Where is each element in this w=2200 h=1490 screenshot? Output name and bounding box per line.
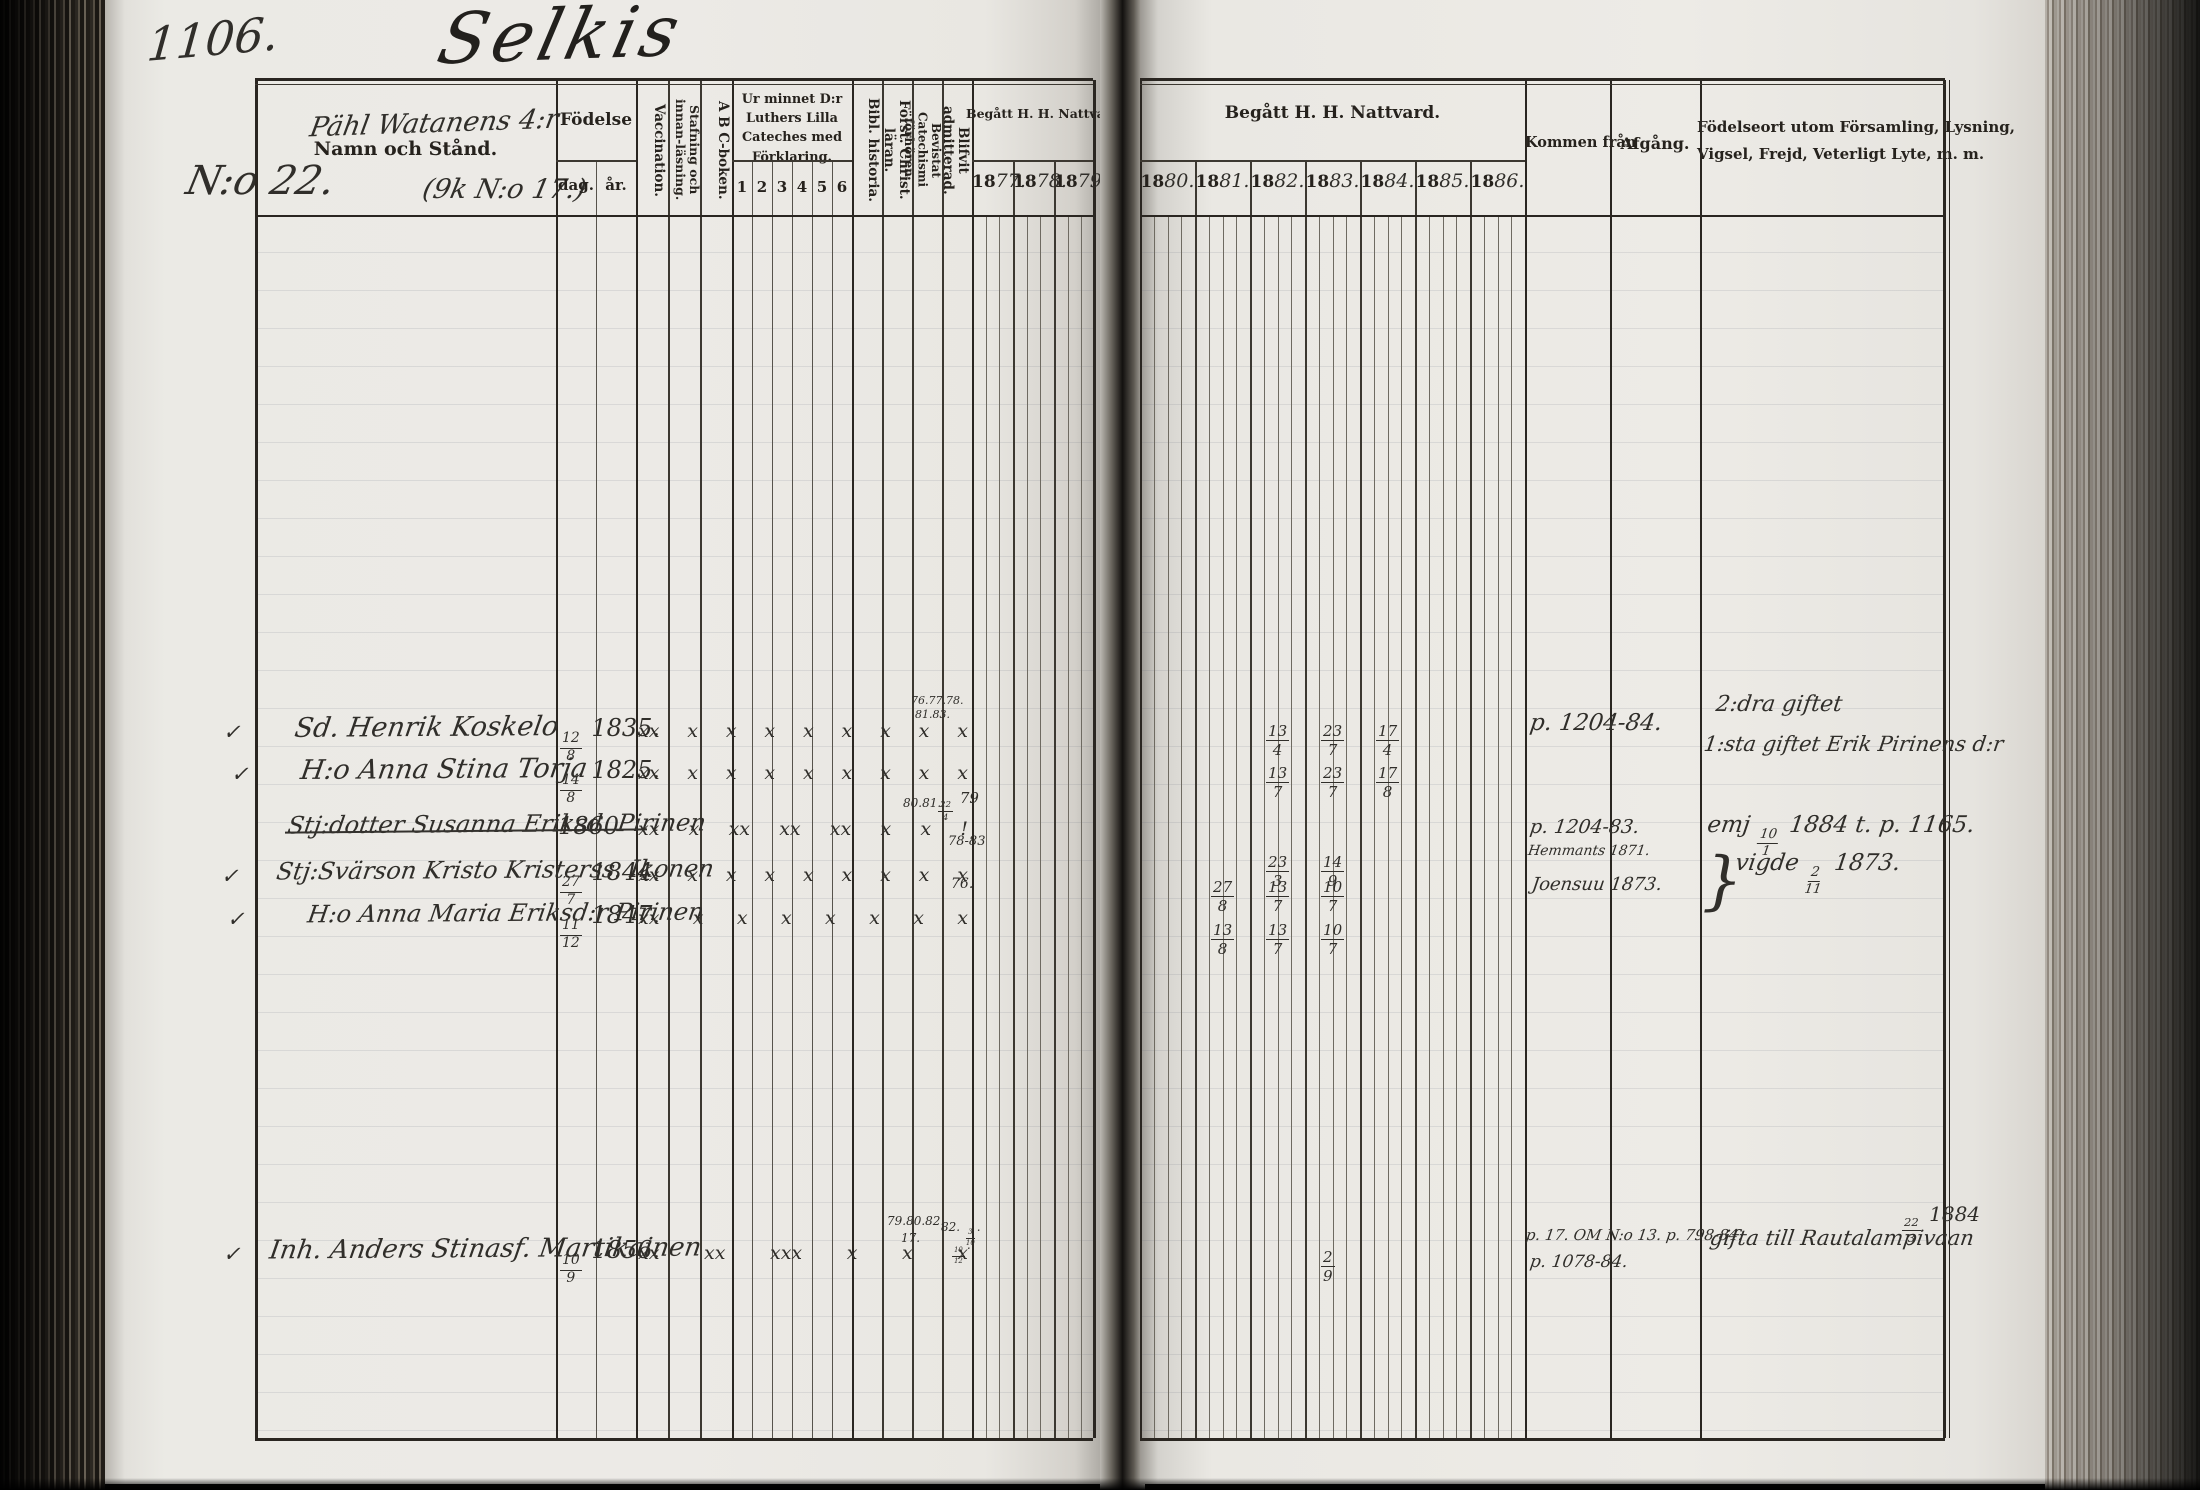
catechism-column-number: 1 — [732, 178, 752, 196]
mark-x: x — [847, 1242, 858, 1264]
fraction-date: 1112 — [560, 919, 582, 951]
fraction-date: 109 — [560, 1254, 582, 1286]
year-printed-prefix: 18 — [1196, 172, 1220, 192]
entry-checkmark: ✓ — [223, 720, 241, 744]
catechism-column-number: 3 — [772, 178, 792, 196]
entry-progress-marks: xxxxxxxxxx — [638, 720, 968, 742]
year-handwritten-suffix: 86. — [1494, 170, 1524, 192]
column-header-fodelseort-line2: Vigsel, Frejd, Veterligt Lyte, m. m. — [1697, 145, 1947, 163]
mark-x: xx — [638, 864, 659, 886]
year-handwritten-suffix: 84. — [1384, 170, 1414, 192]
book-edge-left — [0, 0, 105, 1490]
table-rule-vertical — [1209, 215, 1210, 1438]
year-printed-prefix: 18 — [1013, 172, 1037, 192]
column-header-bevistat: Bevistat Catechismi förhören. — [913, 88, 942, 212]
mark-x: xx — [638, 907, 659, 929]
year-header-cell: 1883. — [1305, 170, 1360, 192]
entry-progress-marks: xxxxxxxxxxx! — [638, 818, 968, 840]
column-header-namn-och-stand: Namn och Stånd. — [255, 138, 556, 160]
year-header-cell: 1880. — [1140, 170, 1195, 192]
mark-x: x — [913, 907, 924, 929]
column-header-ar: år. — [596, 176, 636, 194]
book-gutter — [1100, 0, 1145, 1490]
catechism-column-number: 4 — [792, 178, 812, 196]
mark-x: x — [880, 864, 891, 886]
mark-x: xx — [638, 762, 659, 784]
mark-x: x — [803, 720, 814, 742]
mark-x: xx — [638, 1242, 659, 1264]
table-rule-vertical — [1223, 215, 1224, 1438]
table-rule-vertical — [1401, 215, 1402, 1438]
nattvard-date: 29 — [1319, 1232, 1337, 1284]
table-rule-vertical — [1027, 215, 1028, 1438]
kommen-fran-note: p. 1078-84. — [1529, 1252, 1630, 1272]
entry-margin-note: 76. — [951, 876, 973, 892]
nattvard-date: 237 — [1319, 748, 1346, 800]
mark-x: xx — [830, 818, 851, 840]
table-rule-vertical — [1054, 160, 1056, 1438]
table-rule-horizontal — [1140, 78, 1945, 81]
page-number-handwritten: 1106. — [145, 6, 281, 72]
mark-x: x — [880, 720, 891, 742]
fraction-date: 237 — [1321, 766, 1344, 800]
fodelseort-note: 2:dra giftet — [1714, 692, 1844, 717]
nattvard-date: 178 — [1374, 748, 1401, 800]
year-header-cell: 1877. — [972, 170, 1013, 192]
year-header-cell: 1878. — [1013, 170, 1054, 192]
mark-x: xxx — [770, 1242, 802, 1264]
year-header-cell: 1882. — [1250, 170, 1305, 192]
column-header-dag: dag. — [556, 176, 596, 194]
year-printed-prefix: 18 — [1471, 172, 1495, 192]
fraction-date: 137 — [1266, 923, 1289, 957]
table-rule-vertical — [1511, 215, 1512, 1438]
mark-x: x — [781, 907, 792, 929]
mark-x: x — [803, 864, 814, 886]
table-rule-vertical — [1140, 80, 1142, 1438]
fraction-date: 223 — [1902, 1217, 1921, 1244]
scan-bottom-shadow — [0, 1478, 2200, 1490]
fodelseort-note: 1:sta giftet Erik Pirinens d:r — [1702, 732, 2005, 756]
mark-x: x — [726, 762, 737, 784]
mark-x: x — [803, 762, 814, 784]
table-rule-vertical — [1470, 160, 1472, 1438]
parish-title-handwritten: Selkis — [431, 0, 692, 81]
book-edge-right — [2045, 0, 2200, 1490]
table-rule-vertical — [1081, 215, 1082, 1438]
table-rule-horizontal — [1140, 84, 1945, 85]
table-rule-vertical — [1415, 160, 1417, 1438]
mark-x: xx — [638, 818, 659, 840]
table-rule-vertical — [1360, 160, 1362, 1438]
table-rule-vertical — [882, 80, 884, 1438]
table-rule-vertical — [255, 80, 258, 1438]
table-rule-horizontal — [1140, 215, 1945, 217]
fodelseort-note: vigde 211 1873. — [1731, 850, 1902, 897]
mark-x: x — [957, 720, 968, 742]
entry-name: H:o Anna Stina Torja — [298, 753, 589, 786]
mark-x: x — [687, 762, 698, 784]
nattvard-date: 107 — [1319, 905, 1346, 957]
table-rule-horizontal — [732, 160, 852, 162]
entry-progress-marks: xxxxxxxxxx — [638, 762, 968, 784]
mark-x: x — [726, 864, 737, 886]
fraction-date: 211 — [1803, 866, 1824, 897]
table-rule-vertical — [1236, 215, 1237, 1438]
year-handwritten-suffix: 82. — [1274, 170, 1304, 192]
entry-margin-note: 1012. — [950, 1238, 971, 1265]
table-rule-horizontal — [255, 1438, 1093, 1441]
mark-x: x — [687, 720, 698, 742]
table-rule-vertical — [1013, 160, 1015, 1438]
column-header-nattvard-left: Begått H. H. Nattvard. — [966, 106, 1096, 121]
column-header-afgang: Afgång. — [1610, 134, 1700, 153]
mark-x: x — [687, 864, 698, 886]
table-rule-vertical — [1484, 215, 1485, 1438]
mark-x: x — [764, 762, 775, 784]
table-rule-vertical — [1168, 215, 1169, 1438]
table-rule-vertical — [1040, 215, 1041, 1438]
fraction-date: 137 — [1266, 766, 1289, 800]
table-rule-vertical — [1068, 215, 1069, 1438]
table-rule-horizontal — [255, 84, 1093, 85]
table-rule-vertical — [1388, 215, 1389, 1438]
year-printed-prefix: 18 — [1054, 172, 1078, 192]
mark-x: x — [869, 907, 880, 929]
table-rule-vertical — [1374, 215, 1375, 1438]
table-rule-vertical — [1443, 215, 1444, 1438]
column-header-kommen-fran: Kommen från — [1525, 134, 1610, 151]
mark-x: x — [902, 1242, 913, 1264]
fraction-date: 107 — [1321, 923, 1344, 957]
table-rule-vertical — [1264, 215, 1265, 1438]
fodelseort-note-date: 223 1884 — [1900, 1202, 1980, 1244]
column-header-stafning: Stafning och innan-läsning. — [669, 88, 701, 212]
mark-x: x — [764, 720, 775, 742]
year-printed-prefix: 18 — [972, 172, 996, 192]
mark-x: x — [726, 720, 737, 742]
mark-x: x — [919, 720, 930, 742]
scanned-book-spread: 1106. Selkis Pähl Watanens 4:r Namn och … — [0, 0, 2200, 1490]
year-handwritten-suffix: 80. — [1164, 170, 1194, 192]
table-rule-horizontal — [972, 160, 1093, 162]
nattvard-date: 137 — [1264, 905, 1291, 957]
mark-x: x — [842, 864, 853, 886]
kommen-fran-note: p. 1204-84. — [1528, 710, 1664, 736]
year-handwritten-suffix: 83. — [1329, 170, 1359, 192]
column-header-fodelseort-line1: Födelseort utom Församling, Lysning, — [1697, 118, 1947, 136]
entry-checkmark: ✓ — [223, 1242, 241, 1266]
table-rule-vertical — [1498, 215, 1499, 1438]
entry-margin-note: 17. — [901, 1231, 920, 1245]
table-rule-vertical — [852, 80, 854, 1438]
left-page: 1106. Selkis Pähl Watanens 4:r Namn och … — [105, 0, 1105, 1484]
table-rule-vertical — [1181, 215, 1182, 1438]
fraction-date: 138 — [1211, 923, 1234, 957]
fraction-date: 148 — [560, 774, 582, 806]
table-rule-vertical — [1305, 160, 1307, 1438]
mark-x: x — [957, 907, 968, 929]
mark-x: xx — [704, 1242, 725, 1264]
mark-x: x — [764, 864, 775, 886]
mark-x: x — [919, 762, 930, 784]
table-rule-vertical — [1278, 215, 1279, 1438]
column-header-ur-minnet: Ur minnet D:r Luthers Lilla Cateches med… — [734, 90, 850, 167]
table-rule-vertical — [1195, 160, 1197, 1438]
fraction-date: 1012 — [952, 1247, 965, 1265]
year-handwritten-suffix: 85. — [1439, 170, 1469, 192]
mark-x: x — [919, 864, 930, 886]
column-header-vaccination: Vaccination. — [640, 88, 666, 212]
entry-margin-note: 81.83. — [915, 708, 950, 721]
column-header-abc-boken: A B C-boken. — [703, 88, 730, 212]
table-rule-vertical — [986, 215, 987, 1438]
year-printed-prefix: 18 — [1361, 172, 1385, 192]
year-handwritten-suffix: 81. — [1219, 170, 1249, 192]
entry-progress-marks: xxxxxxxxx — [638, 907, 968, 929]
table-rule-vertical — [1429, 215, 1430, 1438]
mark-x: xx — [779, 818, 800, 840]
entry-margin-note: 79.80.82. — [887, 1214, 944, 1228]
table-rule-vertical — [1154, 215, 1155, 1438]
mark-x: x — [693, 907, 704, 929]
kommen-fran-note: p. 1204-83. — [1528, 816, 1640, 838]
table-rule-vertical — [1346, 215, 1347, 1438]
year-header-cell: 1886. — [1470, 170, 1525, 192]
nattvard-date: 137 — [1264, 748, 1291, 800]
mark-x: x — [825, 907, 836, 929]
mark-x: x — [920, 818, 931, 840]
entry-name: Sd. Henrik Koskelo — [293, 711, 561, 744]
catechism-column-number: 5 — [812, 178, 832, 196]
entry-checkmark: ✓ — [227, 907, 245, 931]
mark-x: xx — [638, 720, 659, 742]
mark-x: xx — [729, 818, 750, 840]
entry-progress-marks: xxxxxxxxxx — [638, 864, 968, 886]
entry-progress-marks: xxxxxxxxxx — [638, 1242, 968, 1264]
year-printed-prefix: 18 — [1251, 172, 1275, 192]
mark-x: x — [842, 720, 853, 742]
table-rule-vertical — [999, 215, 1000, 1438]
table-rule-horizontal — [1140, 1438, 1945, 1441]
column-header-fodelse: Födelse — [556, 110, 636, 130]
table-rule-vertical — [1291, 215, 1292, 1438]
fraction-date: 224 — [938, 801, 953, 822]
mark-x: x — [842, 762, 853, 784]
table-rule-vertical — [1456, 215, 1457, 1438]
year-header-cell: 1881. — [1195, 170, 1250, 192]
fraction-date: 178 — [1376, 766, 1399, 800]
mark-x: x — [880, 762, 891, 784]
year-printed-prefix: 18 — [1416, 172, 1440, 192]
year-printed-prefix: 18 — [1306, 172, 1330, 192]
column-header-nattvard-right: Begått H. H. Nattvard. — [1140, 103, 1525, 123]
entry-checkmark: ✓ — [221, 864, 239, 888]
year-header-cell: 1879. — [1054, 170, 1093, 192]
entry-birth-date: 1860 — [558, 812, 619, 840]
year-header-cell: 1884. — [1360, 170, 1415, 192]
year-printed-prefix: 18 — [1141, 172, 1165, 192]
table-rule-vertical — [732, 80, 734, 1438]
fraction-date: 29 — [1321, 1250, 1335, 1284]
mark-x: x — [880, 818, 891, 840]
table-rule-vertical — [1093, 80, 1096, 1438]
mark-x: x — [737, 907, 748, 929]
entry-checkmark: ✓ — [231, 762, 249, 786]
table-rule-horizontal — [556, 160, 636, 162]
entry-margin-note: 224 79 — [936, 789, 979, 822]
table-rule-vertical — [1250, 160, 1252, 1438]
table-rule-horizontal — [255, 78, 1093, 81]
catechism-column-number: 6 — [832, 178, 852, 196]
table-rule-horizontal — [1140, 160, 1525, 162]
mark-x: x — [689, 818, 700, 840]
nattvard-date: 138 — [1209, 905, 1236, 957]
kommen-fran-note: Joensuu 1873. — [1531, 874, 1664, 895]
column-header-bibl-historia: Bibl. historia. — [856, 88, 880, 212]
table-rule-horizontal — [255, 215, 1093, 217]
mark-x: x — [957, 762, 968, 784]
entry-margin-note: 76.77.78. — [911, 694, 963, 707]
year-header-cell: 1885. — [1415, 170, 1470, 192]
entry-margin-note: 78-83 — [948, 834, 985, 849]
record-number-handwritten: N:o 22. — [182, 158, 339, 204]
right-page: Begått H. H. Nattvard. Kommen från Afgån… — [1140, 0, 2045, 1484]
catechism-column-number: 2 — [752, 178, 772, 196]
kommen-fran-note: Hemmants 1871. — [1527, 843, 1651, 859]
